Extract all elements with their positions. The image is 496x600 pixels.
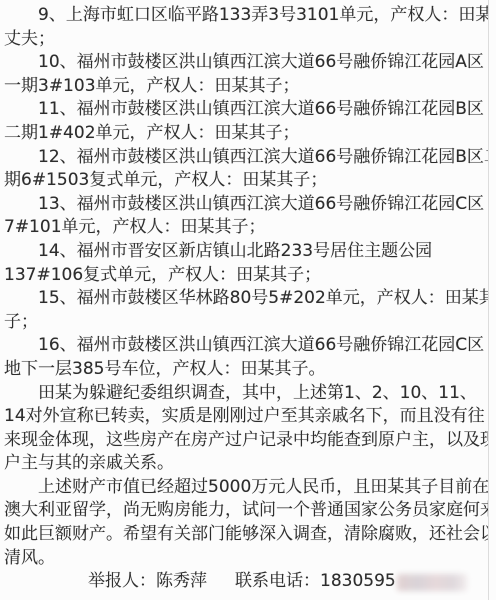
text-line: 15、福州市鼓楼区华林路80号5#202单元，产权人：田某其	[4, 287, 489, 311]
text-line: 9、上海市虹口区临平路133弄3号3101单元，产权人：田某	[4, 4, 489, 28]
text-line: 期6#1503复式单元，产权人：田某其子；	[4, 169, 489, 193]
redaction-blur	[397, 574, 467, 591]
text-line: 田某为躲避纪委组织调查，其中，上述第1、2、10、11、	[4, 382, 489, 406]
text-line: 澳大利亚留学，尚无购房能力，试问一个普通国家公务员家庭何来	[4, 499, 489, 523]
text-line: 14对外宣称已转卖，实质是刚刚过户至其亲戚名下，而且没有往	[4, 405, 489, 429]
text-line: 丈夫；	[4, 28, 489, 52]
text-line: 一期3#103单元，产权人：田某其子；	[4, 75, 489, 99]
text-line: 二期1#402单元，产权人：田某其子；	[4, 122, 489, 146]
page-right-edge	[488, 0, 489, 600]
reporter-name: 陈秀萍	[156, 570, 207, 594]
text-line: 16、福州市鼓楼区洪山镇西江滨大道66号融侨锦江花园C区	[4, 334, 489, 358]
text-line: 14、福州市晋安区新店镇山北路233号居住主题公园	[4, 240, 489, 264]
signature-line: 举报人： 陈秀萍 联系电话： 1830595	[4, 570, 489, 594]
reporter-label: 举报人：	[88, 570, 156, 594]
text-line: 12、福州市鼓楼区洪山镇西江滨大道66号融侨锦江花园B区二	[4, 146, 489, 170]
text-line: 子；	[4, 311, 489, 335]
phone-number: 1830595	[320, 570, 396, 594]
text-line: 7#101单元，产权人：田某其子；	[4, 216, 489, 240]
text-line: 如此巨额财产。希望有关部门能够深入调查，清除腐败，还社会以	[4, 523, 489, 547]
phone-label: 联系电话：	[235, 570, 320, 594]
text-line: 来现金体现，这些房产在房产过户记录中均能查到原户主，以及现	[4, 429, 489, 453]
text-line: 上述财产市值已经超过5000万元人民币，且田某其子目前在	[4, 476, 489, 500]
report-document: 9、上海市虹口区临平路133弄3号3101单元，产权人：田某丈夫；10、福州市鼓…	[4, 4, 489, 596]
text-line: 11、福州市鼓楼区洪山镇西江滨大道66号融侨锦江花园B区	[4, 98, 489, 122]
text-line: 清风。	[4, 547, 489, 571]
text-line: 地下一层385号车位，产权人：田某其子。	[4, 358, 489, 382]
text-line: 户主与其的亲戚关系。	[4, 452, 489, 476]
text-line: 10、福州市鼓楼区洪山镇西江滨大道66号融侨锦江花园A区	[4, 51, 489, 75]
text-line: 137#106复式单元，产权人：田某其子；	[4, 264, 489, 288]
text-line: 13、福州市鼓楼区洪山镇西江滨大道66号融侨锦江花园C区	[4, 193, 489, 217]
document-lines: 9、上海市虹口区临平路133弄3号3101单元，产权人：田某丈夫；10、福州市鼓…	[4, 4, 489, 570]
